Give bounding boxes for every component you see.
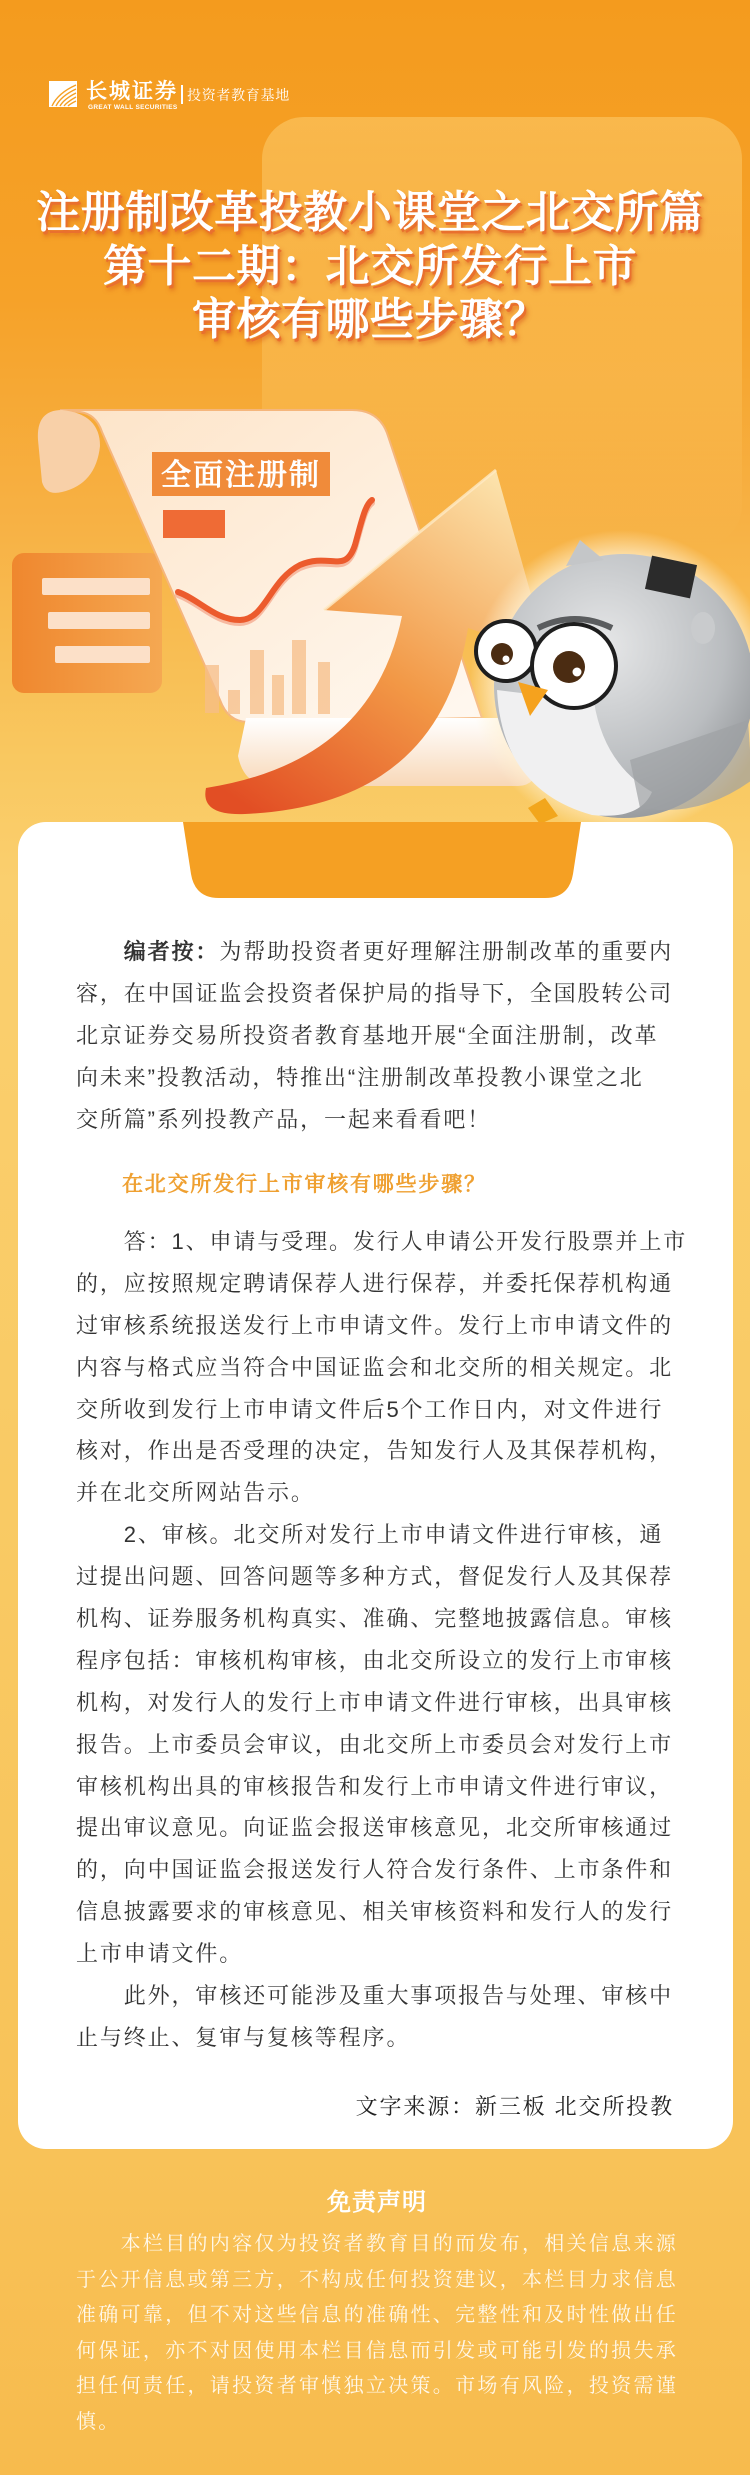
paragraph-line: 的，向中国证监会报送发行人符合发行条件、上市条件和 <box>76 1849 716 1891</box>
answer-paragraph-1: 答：1、申请与受理。发行人申请公开发行股票并上市 的，应按照规定聘请保荐人进行保… <box>76 1221 716 1514</box>
answer-paragraph-2: 2、审核。北交所对发行上市申请文件进行审核，通 过提出问题、回答问题等多种方式，… <box>76 1514 716 1975</box>
disclaimer-line: 慎。 <box>76 2405 716 2441</box>
disclaimer-body: 本栏目的内容仅为投资者教育目的而发布，相关信息来源 于公开信息或第三方，不构成任… <box>76 2227 716 2441</box>
document-label: 全面注册制 <box>161 459 321 492</box>
paragraph-line: 的，应按照规定聘请保荐人进行保荐，并委托保荐机构通 <box>76 1263 716 1305</box>
paragraph-line: 向未来”投教活动，特推出“注册制改革投教小课堂之北 <box>76 1057 716 1099</box>
paragraph-line: 机构、证券服务机构真实、准确、完整地披露信息。审核 <box>76 1598 716 1640</box>
disclaimer-line: 于公开信息或第三方，不构成任何投资建议，本栏目力求信息 <box>76 2263 716 2299</box>
title-line: 注册制改革投教小课堂之北交所篇 <box>0 186 740 240</box>
brand-divider <box>181 85 183 104</box>
answer-paragraph-3: 此外，审核还可能涉及重大事项报告与处理、审核中 止与终止、复审与复核等程序。 <box>76 1975 716 2059</box>
paragraph-line: 并在北交所网站告示。 <box>76 1472 716 1514</box>
paragraph-line: 过提出问题、回答问题等多种方式，督促发行人及其保荐 <box>76 1556 716 1598</box>
disclaimer-line: 何保证，亦不对因使用本栏目信息而引发或可能引发的损失承 <box>76 2334 716 2370</box>
text-source: 文字来源：新三板 北交所投教 <box>356 2086 674 2128</box>
paragraph-line: 止与终止、复审与复核等程序。 <box>76 2017 716 2059</box>
paragraph-line: 编者按：为帮助投资者更好理解注册制改革的重要内 <box>76 931 716 973</box>
paragraph-line: 此外，审核还可能涉及重大事项报告与处理、审核中 <box>76 1975 716 2017</box>
paragraph-line: 机构，对发行人的发行上市申请文件进行审核，出具审核 <box>76 1682 716 1724</box>
paragraph-line: 2、审核。北交所对发行上市申请文件进行审核，通 <box>76 1514 716 1556</box>
paragraph-line: 审核机构出具的审核报告和发行上市申请文件进行审议， <box>76 1766 716 1808</box>
question-heading: 在北交所发行上市审核有哪些步骤？ <box>122 1164 487 1206</box>
paragraph-line: 容，在中国证监会投资者保护局的指导下，全国股转公司 <box>76 973 716 1015</box>
editor-note-label: 编者按： <box>124 939 220 964</box>
paragraph-line: 交所收到发行上市申请文件后5个工作日内，对文件进行 <box>76 1389 716 1431</box>
great-wall-logo-icon <box>49 81 77 107</box>
answer-body: 答：1、申请与受理。发行人申请公开发行股票并上市 的，应按照规定聘请保荐人进行保… <box>76 1221 716 2059</box>
disclaimer-title: 免责声明 <box>0 2185 750 2221</box>
paragraph-line: 北京证券交易所投资者教育基地开展“全面注册制，改革 <box>76 1015 716 1057</box>
title-line: 审核有哪些步骤？ <box>0 293 740 347</box>
brand-subtitle: 投资者教育基地 <box>187 86 290 104</box>
line-text: 为帮助投资者更好理解注册制改革的重要内 <box>219 939 673 964</box>
brand-name-en: GREAT WALL SECURITIES <box>88 104 177 111</box>
brand-name: 长城证券 <box>86 79 178 103</box>
title-line: 第十二期：北交所发行上市 <box>0 240 740 294</box>
paragraph-line: 交所篇”系列投教产品，一起来看看吧！ <box>76 1099 716 1141</box>
paragraph-line: 答：1、申请与受理。发行人申请公开发行股票并上市 <box>76 1221 716 1263</box>
paragraph-line: 核对，作出是否受理的决定，告知发行人及其保荐机构， <box>76 1430 716 1472</box>
infographic-page: 长城证券 GREAT WALL SECURITIES 投资者教育基地 注册制改革… <box>0 0 750 2475</box>
paragraph-line: 报告。上市委员会审议，由北交所上市委员会对发行上市 <box>76 1724 716 1766</box>
paragraph-line: 程序包括：审核机构审核，由北交所设立的发行上市审核 <box>76 1640 716 1682</box>
card-header-tab <box>183 822 581 898</box>
paragraph-line: 信息披露要求的审核意见、相关审核资料和发行人的发行 <box>76 1891 716 1933</box>
paragraph-line: 过审核系统报送发行上市申请文件。发行上市申请文件的 <box>76 1305 716 1347</box>
hero-illustration: 全面注册制 <box>0 380 750 830</box>
paragraph-line: 内容与格式应当符合中国证监会和北交所的相关规定。北 <box>76 1347 716 1389</box>
paragraph-line: 上市申请文件。 <box>76 1933 716 1975</box>
editor-note: 编者按：为帮助投资者更好理解注册制改革的重要内 容，在中国证监会投资者保护局的指… <box>76 931 716 1140</box>
page-title: 注册制改革投教小课堂之北交所篇 第十二期：北交所发行上市 审核有哪些步骤？ <box>0 186 740 347</box>
disclaimer-line: 准确可靠，但不对这些信息的准确性、完整性和及时性做出任 <box>76 2298 716 2334</box>
disclaimer-line: 担任何责任，请投资者审慎独立决策。市场有风险，投资需谨 <box>76 2369 716 2405</box>
disclaimer-line: 本栏目的内容仅为投资者教育目的而发布，相关信息来源 <box>76 2227 716 2263</box>
paragraph-line: 提出审议意见。向证监会报送审核意见，北交所审核通过 <box>76 1807 716 1849</box>
